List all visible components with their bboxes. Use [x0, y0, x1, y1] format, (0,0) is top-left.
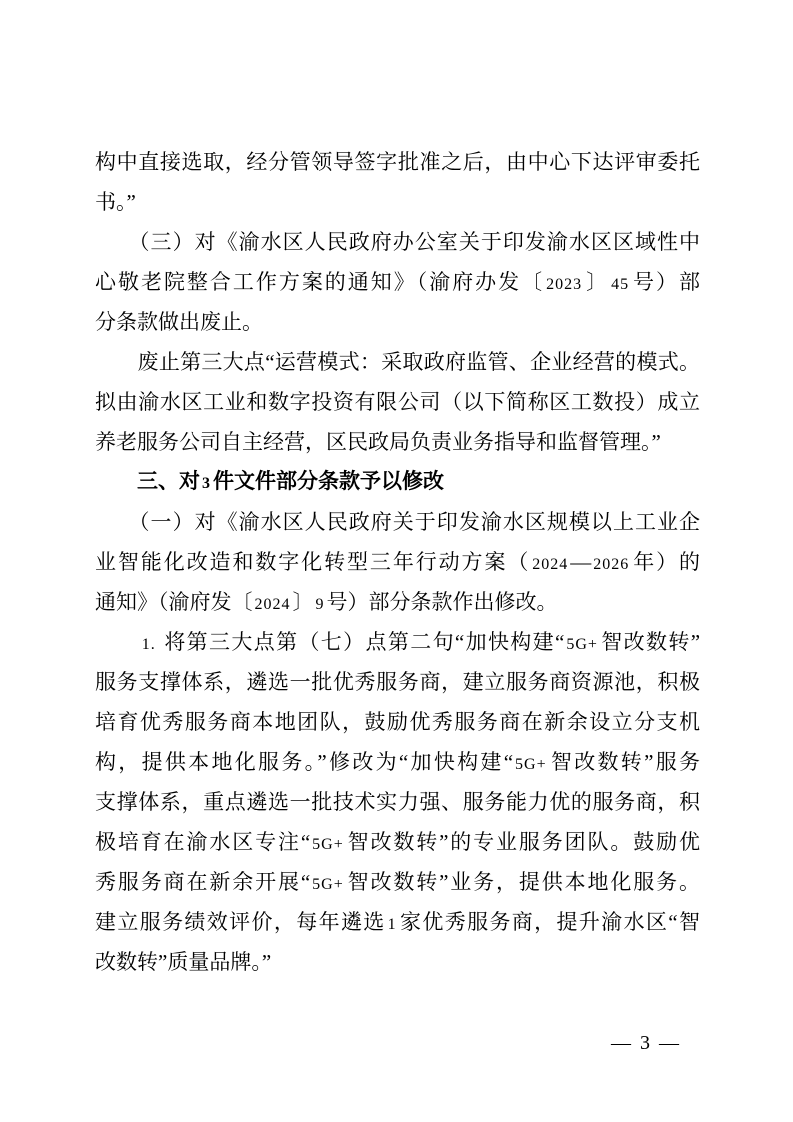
text-line: 改数转”质量品牌。”: [95, 942, 700, 982]
text-line: 1. 将第三大点第（七）点第二句“加快构建“5G+智改数转”: [95, 622, 700, 662]
text-line: （三）对《渝水区人民政府办公室关于印发渝水区区域性中: [95, 222, 700, 262]
text-line: 极培育在渝水区专注“5G+智改数转”的专业服务团队。鼓励优: [95, 822, 700, 862]
text-line: 构，提供本地化服务。”修改为“加快构建“5G+智改数转”服务: [95, 742, 700, 782]
ascii-text: 2024: [253, 596, 293, 613]
text-line: 业智能化改造和数字化转型三年行动方案（2024—2026年）的: [95, 542, 700, 582]
ascii-text: 9: [314, 596, 327, 613]
ascii-text: 2024: [530, 556, 570, 573]
text-line: 秀服务商在新余开展“5G+智改数转”业务，提供本地化服务。: [95, 862, 700, 902]
section-heading: 三、对3件文件部分条款予以修改: [95, 462, 700, 502]
text-line: 分条款做出废止。: [95, 302, 700, 342]
text-line: 建立服务绩效评价，每年遴选1家优秀服务商，提升渝水区“智: [95, 902, 700, 942]
document-page: 构中直接选取，经分管领导签字批准之后，由中心下达评审委托书。” （三）对《渝水区…: [0, 0, 793, 1122]
text-line: 废止第三大点“运营模式：采取政府监管、企业经营的模式。: [95, 342, 700, 382]
text-line: 培育优秀服务商本地团队，鼓励优秀服务商在新余设立分支机: [95, 702, 700, 742]
text-line: 养老服务公司自主经营，区民政局负责业务指导和监督管理。”: [95, 422, 700, 462]
ascii-text: 1: [386, 916, 399, 933]
text-line: 拟由渝水区工业和数字投资有限公司（以下简称区工数投）成立: [95, 382, 700, 422]
ascii-text: 3: [200, 475, 213, 492]
ascii-text: 2026: [591, 556, 631, 573]
page-number: — 3 —: [585, 1028, 705, 1058]
document-body: 构中直接选取，经分管领导签字批准之后，由中心下达评审委托书。” （三）对《渝水区…: [95, 142, 700, 982]
text-line: （一）对《渝水区人民政府关于印发渝水区规模以上工业企: [95, 502, 700, 542]
ascii-text: 5G+: [310, 836, 346, 853]
ascii-text: 5G+: [310, 876, 346, 893]
text-line: 服务支撑体系，遴选一批优秀服务商，建立服务商资源池，积极: [95, 662, 700, 702]
ascii-text: 45: [609, 276, 631, 293]
text-line: 心敬老院整合工作方案的通知》（渝府办发〔2023〕45号）部: [95, 262, 700, 302]
text-line: 支撑体系，重点遴选一批技术实力强、服务能力优的服务商，积: [95, 782, 700, 822]
text-line: 构中直接选取，经分管领导签字批准之后，由中心下达评审委托: [95, 142, 700, 182]
text-line: 书。”: [95, 182, 700, 222]
ascii-text: 1.: [140, 636, 158, 653]
ascii-text: 2023: [544, 276, 584, 293]
text-line: 通知》（渝府发〔2024〕9号）部分条款作出修改。: [95, 582, 700, 622]
ascii-text: 5G+: [564, 636, 600, 653]
ascii-text: 5G+: [513, 756, 549, 773]
